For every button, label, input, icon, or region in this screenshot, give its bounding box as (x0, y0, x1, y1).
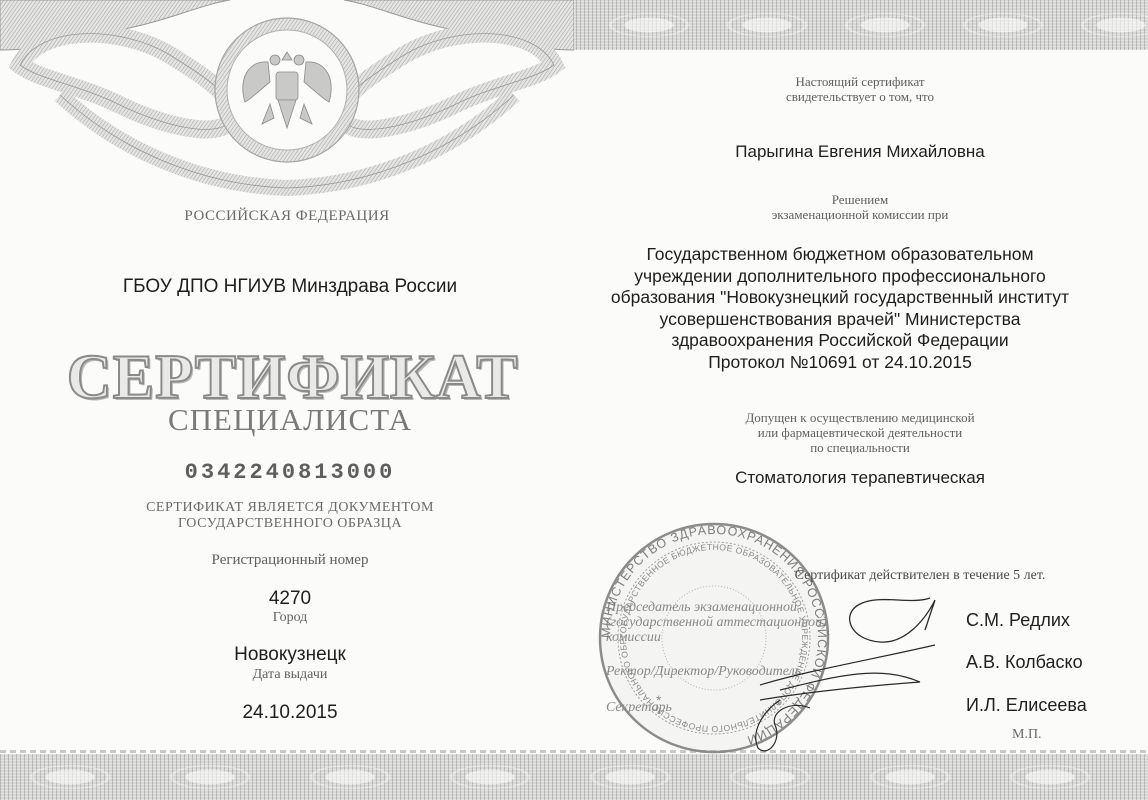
decision-line-1: Решением (700, 192, 1020, 207)
institution-line: усовершенствования врачей" Министерства (580, 309, 1100, 331)
state-doc-note: СЕРТИФИКАТ ЯВЛЯЕТСЯ ДОКУМЕНТОМ ГОСУДАРСТ… (100, 500, 480, 532)
institution-block: Государственном бюджетном образовательно… (580, 244, 1100, 373)
signatory-2: А.В. Колбаско (966, 652, 1083, 673)
issue-date-label: Дата выдачи (180, 667, 400, 683)
specialty-value: Стоматология терапевтическая (660, 468, 1060, 488)
reg-number-value: 4270 (180, 588, 400, 610)
city-value: Новокузнецк (160, 644, 420, 666)
reg-number-label: Регистрационный номер (120, 552, 460, 569)
decision-line-2: экзаменационной комиссии при (700, 207, 1020, 222)
decision-text: Решением экзаменационной комиссии при (700, 192, 1020, 222)
admission-line-2: или фармацевтической деятельности (690, 425, 1030, 440)
institution-line: Государственном бюджетном образовательно… (580, 244, 1100, 266)
institution-line: здравоохранения Российской Федерации (580, 330, 1100, 352)
issue-date-value: 24.10.2015 (180, 702, 400, 724)
city-label: Город (180, 610, 400, 626)
signatory-1: С.М. Редлих (966, 610, 1070, 631)
svg-text:*: * (656, 692, 662, 708)
protocol-line: Протокол №10691 от 24.10.2015 (580, 352, 1100, 374)
state-doc-line-1: СЕРТИФИКАТ ЯВЛЯЕТСЯ ДОКУМЕНТОМ (100, 500, 480, 516)
guilloche-border-bottom (0, 754, 1148, 800)
state-doc-line-2: ГОСУДАРСТВЕННОГО ОБРАЗЦА (100, 516, 480, 532)
organization-name: ГБОУ ДПО НГИУВ Минздрава России (60, 276, 520, 298)
ornament-frame (0, 0, 574, 200)
admission-line-3: по специальности (690, 440, 1030, 455)
intro-text: Настоящий сертификат свидетельствует о т… (700, 74, 1020, 104)
holder-name: Парыгина Евгения Михайловна (660, 142, 1060, 162)
validity-note: Сертификат действителен в течение 5 лет. (760, 568, 1080, 584)
handwritten-signatures (720, 590, 960, 760)
intro-line-2: свидетельствует о том, что (700, 89, 1020, 104)
certificate-subtitle: СПЕЦИАЛИСТА (60, 402, 520, 438)
stamp-place-label: М.П. (1012, 727, 1042, 743)
admission-text: Допущен к осуществлению медицинской или … (690, 410, 1030, 455)
institution-line: учреждении дополнительного профессиональ… (580, 266, 1100, 288)
admission-line-1: Допущен к осуществлению медицинской (690, 410, 1030, 425)
institution-line: образования "Новокузнецкий государственн… (580, 287, 1100, 309)
country-name: РОССИЙСКАЯ ФЕДЕРАЦИЯ (120, 208, 454, 225)
signatory-3: И.Л. Елисеева (966, 695, 1087, 716)
intro-line-1: Настоящий сертификат (700, 74, 1020, 89)
serial-number: 0342240813000 (120, 460, 460, 485)
